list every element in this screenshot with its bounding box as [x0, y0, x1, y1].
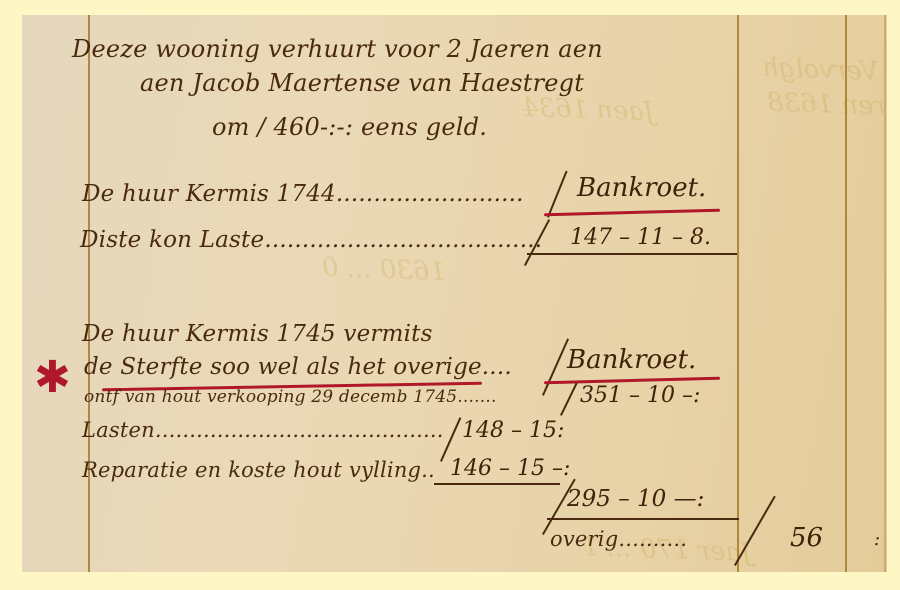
- ledger-page: Vervolgh Jaren 1638 1630 ... 0 Jaen 1634…: [22, 15, 887, 572]
- entry-1745-reason-label: de Sterfte soo wel als het overige....: [84, 354, 512, 380]
- bleed-through-text: Vervolgh: [762, 53, 879, 87]
- entry-1745-subtotal-rule: [434, 483, 560, 485]
- entry-1745-remainder-label: overig..........: [550, 527, 687, 551]
- bleed-through-text: Jaen 1634: [522, 93, 655, 128]
- total-column-rule: [845, 15, 847, 572]
- entry-1745-repairs-value: 146 – 15 –:: [450, 456, 570, 481]
- entry-1745-repairs-label: Reparatie en koste hout vylling..: [82, 458, 435, 482]
- amount-column-rule: [737, 15, 739, 572]
- bleed-through-text: Jaren 1638: [767, 87, 887, 122]
- header-line-2: aen Jacob Maertense van Haestregt: [140, 69, 584, 97]
- entry-1745-remainder-value: 56: [790, 523, 823, 553]
- entry-1744-total-rule: [527, 253, 737, 255]
- asterisk-annotation-icon: ✱: [34, 356, 71, 400]
- entry-1745-wood-sale-value: 351 – 10 –:: [580, 383, 700, 408]
- entry-1745-charges-label: Lasten..................................…: [82, 418, 444, 442]
- entry-1745-total-rule: [547, 518, 739, 520]
- header-line-3: om / 460-:-: eens geld.: [212, 113, 487, 141]
- entry-1744-rent-value: Bankroet.: [577, 173, 706, 203]
- entry-1745-wood-sale-label: ontf van hout verkooping 29 decemb 1745.…: [84, 387, 497, 407]
- entry-divider-slash: [542, 338, 569, 395]
- entry-1745-rent-label: De huur Kermis 1745 vermits: [82, 321, 433, 347]
- entry-1745-subtotal-value: 295 – 10 —:: [567, 486, 704, 512]
- entry-divider-slash: [547, 171, 567, 218]
- entry-1745-rent-value: Bankroet.: [567, 345, 696, 375]
- bleed-through-text: 1630 ... 0: [322, 253, 447, 287]
- right-edge-rule: [884, 15, 886, 572]
- left-margin-rule: [88, 15, 90, 572]
- entry-divider-slash: [734, 496, 775, 566]
- entry-1744-costs-value: 147 – 11 – 8.: [570, 225, 711, 250]
- entry-1745-charges-value: 148 – 15:: [462, 418, 564, 443]
- entry-1744-costs-label: Diste kon Laste.........................…: [80, 227, 542, 253]
- red-underline-bankroet-1744: [544, 209, 720, 217]
- entry-1745-remainder-suffix: :: [874, 529, 880, 550]
- entry-1744-rent-label: De huur Kermis 1744.....................…: [82, 181, 524, 207]
- header-line-1: Deeze wooning verhuurt voor 2 Jaeren aen: [72, 35, 603, 63]
- entry-divider-slash: [560, 383, 577, 416]
